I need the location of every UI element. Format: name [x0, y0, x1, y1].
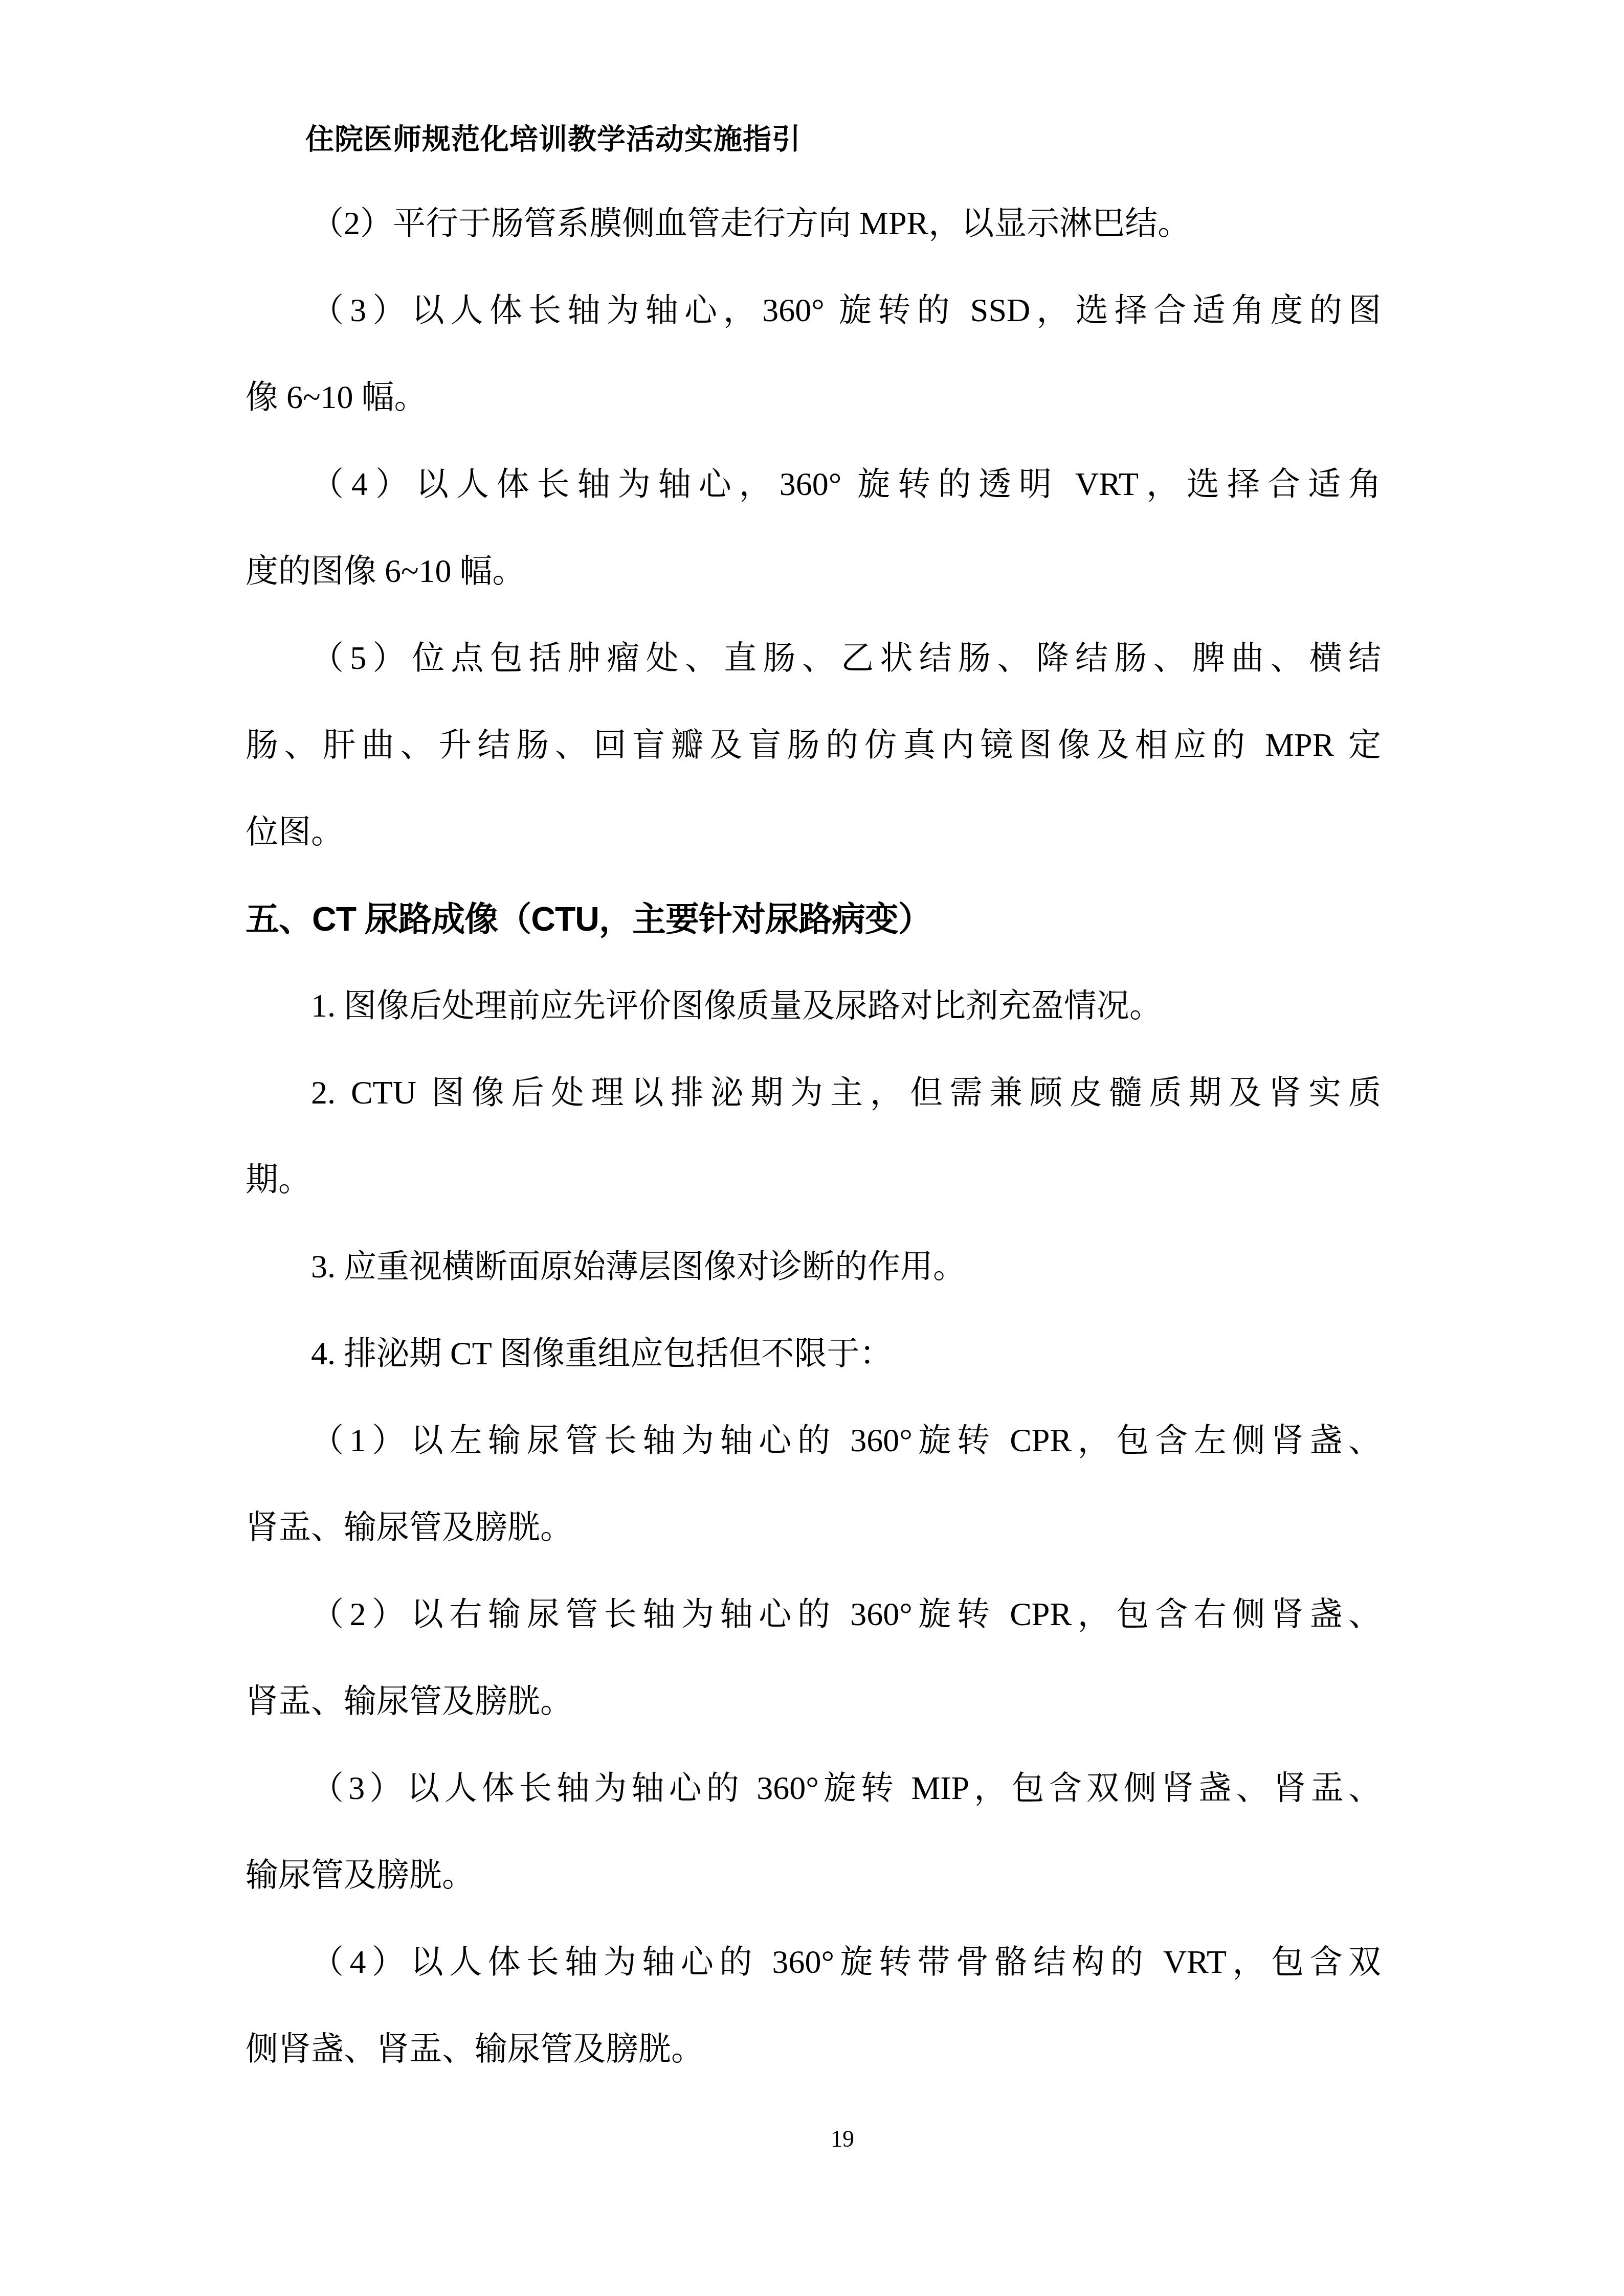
- document-body: （2）平行于肠管系膜侧血管走行方向 MPR，以显示淋巴结。（3）以人体长轴为轴心…: [246, 180, 1381, 2092]
- text-line: （3）以人体长轴为轴心的 360°旋转 MIP，包含双侧肾盏、肾盂、: [246, 1745, 1381, 1832]
- text-line: （1）以左输尿管长轴为轴心的 360°旋转 CPR，包含左侧肾盏、: [246, 1397, 1381, 1484]
- text-line: （2）以右输尿管长轴为轴心的 360°旋转 CPR，包含右侧肾盏、: [246, 1571, 1381, 1658]
- text-line: 度的图像 6~10 幅。: [246, 528, 1381, 615]
- page-number: 19: [804, 2125, 881, 2152]
- text-line: （4）以人体长轴为轴心的 360°旋转带骨骼结构的 VRT，包含双: [246, 1919, 1381, 2006]
- section-heading: 五、CT 尿路成像（CTU，主要针对尿路病变）: [246, 875, 1381, 962]
- text-line: 1. 图像后处理前应先评价图像质量及尿路对比剂充盈情况。: [246, 962, 1381, 1049]
- text-line: 肾盂、输尿管及膀胱。: [246, 1658, 1381, 1745]
- text-line: （4）以人体长轴为轴心，360° 旋转的透明 VRT，选择合适角: [246, 441, 1381, 528]
- text-line: 肾盂、输尿管及膀胱。: [246, 1484, 1381, 1571]
- text-line: 侧肾盏、肾盂、输尿管及膀胱。: [246, 2006, 1381, 2092]
- text-line: 位图。: [246, 789, 1381, 875]
- text-line: 像 6~10 幅。: [246, 354, 1381, 441]
- text-line: 输尿管及膀胱。: [246, 1832, 1381, 1919]
- text-line: （3）以人体长轴为轴心，360° 旋转的 SSD，选择合适角度的图: [246, 267, 1381, 354]
- text-line: 3. 应重视横断面原始薄层图像对诊断的作用。: [246, 1223, 1381, 1310]
- document-page: 住院医师规范化培训教学活动实施指引 （2）平行于肠管系膜侧血管走行方向 MPR，…: [0, 0, 1624, 2296]
- page-header-title: 住院医师规范化培训教学活动实施指引: [305, 117, 801, 157]
- text-line: （5）位点包括肿瘤处、直肠、乙状结肠、降结肠、脾曲、横结: [246, 615, 1381, 702]
- text-line: 肠、肝曲、升结肠、回盲瓣及盲肠的仿真内镜图像及相应的 MPR 定: [246, 702, 1381, 789]
- text-line: （2）平行于肠管系膜侧血管走行方向 MPR，以显示淋巴结。: [246, 180, 1381, 267]
- text-line: 2. CTU 图像后处理以排泌期为主，但需兼顾皮髓质期及肾实质: [246, 1049, 1381, 1136]
- text-line: 4. 排泌期 CT 图像重组应包括但不限于：: [246, 1310, 1381, 1397]
- text-line: 期。: [246, 1136, 1381, 1223]
